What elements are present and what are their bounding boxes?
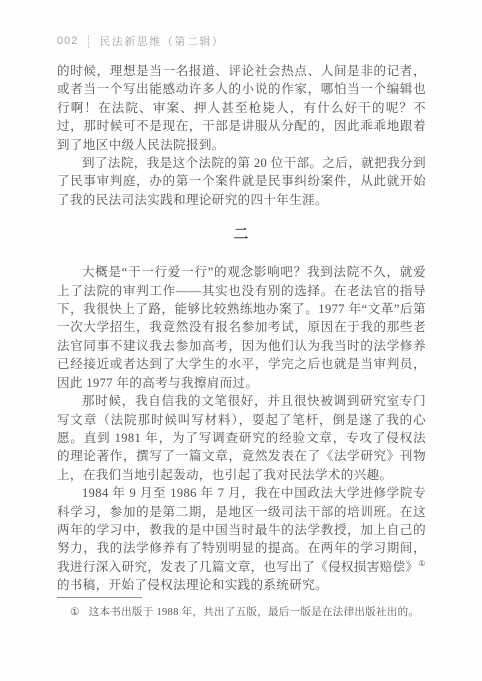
paragraph: 的时候，理想是当一名报道、评论社会热点、人间是非的记者，或者当一个写出能感动许多… <box>57 62 426 154</box>
paragraph-with-footnote-ref: 1984 年 9 月至 1986 年 7 月，我在中国政法大学进修学院专科学习，… <box>57 484 426 594</box>
section-heading: 二 <box>57 223 426 244</box>
footnote: ①这本书出版于 1988 年，共出了五版，最后一版是在法律出版社出的。 <box>57 606 426 620</box>
paragraph-text: 的书稿，开始了侵权法理论和实践的系统研究。 <box>57 578 328 592</box>
page-number: 002 <box>57 35 78 47</box>
book-title: 民法新思维（第二辑） <box>99 33 224 49</box>
book-page: 002 民法新思维（第二辑） 的时候，理想是当一名报道、评论社会热点、人间是非的… <box>0 0 482 681</box>
footnote-separator-rule <box>57 597 142 598</box>
paragraph-text: 1984 年 9 月至 1986 年 7 月，我在中国政法大学进修学院专科学习，… <box>57 486 426 574</box>
header-divider <box>88 35 89 48</box>
footnote-text: 这本书出版于 1988 年，共出了五版，最后一版是在法律出版社出的。 <box>89 607 419 618</box>
page-body: 的时候，理想是当一名报道、评论社会热点、人间是非的记者，或者当一个写出能感动许多… <box>57 62 426 602</box>
paragraph: 那时候，我自信我的文笔很好，并且很快被调到研究室专门写文章（法院那时候叫写材料）… <box>57 392 426 484</box>
footnote-block: ①这本书出版于 1988 年，共出了五版，最后一版是在法律出版社出的。 <box>57 597 426 620</box>
paragraph: 大概是“干一行爱一行”的观念影响吧？我到法院不久，就爱上了法院的审判工作——其实… <box>57 263 426 392</box>
footnote-reference-mark: ① <box>418 559 426 568</box>
running-header: 002 民法新思维（第二辑） <box>57 33 426 49</box>
footnote-marker: ① <box>70 606 80 620</box>
paragraph: 到了法院，我是这个法院的第 20 位干部。之后，就把我分到了民事审判庭，办的第一… <box>57 154 426 209</box>
